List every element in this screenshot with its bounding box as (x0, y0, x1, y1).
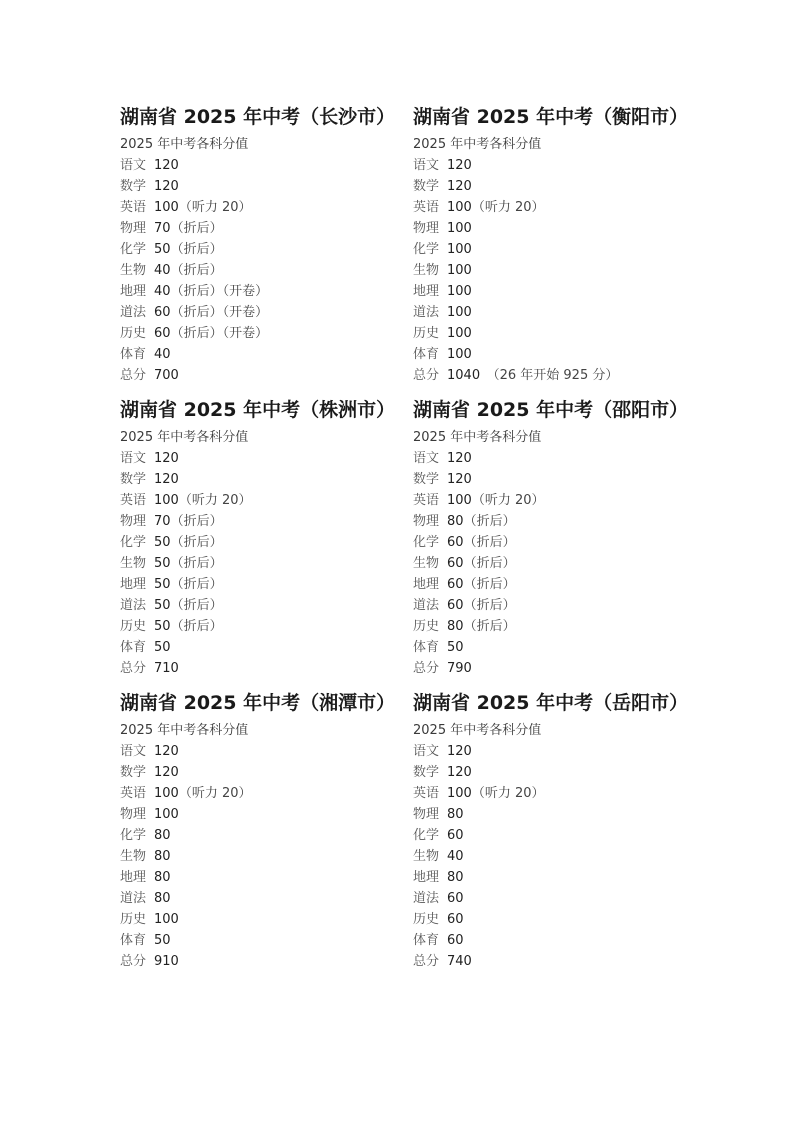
score-value: 700 (154, 368, 179, 383)
score-value: 120 (447, 472, 472, 487)
subject-label: 体育 (413, 930, 439, 951)
subject-label: 地理 (413, 574, 439, 595)
subject-label: 化学 (413, 532, 439, 553)
subject-label: 语文 (413, 741, 439, 762)
score-note: （折后） (171, 514, 223, 529)
score-value: 50 (154, 640, 171, 655)
subject-label: 数学 (413, 469, 439, 490)
score-row: 语文120 (413, 448, 703, 469)
score-value: 60 (447, 556, 464, 571)
score-row: 化学60 (413, 825, 703, 846)
section-title: 湖南省 2025 年中考（邵阳市） (413, 395, 703, 425)
subject-label: 地理 (413, 867, 439, 888)
score-value: 70 (154, 221, 171, 236)
subject-label: 数学 (120, 762, 146, 783)
section-subtitle: 2025 年中考各科分值 (120, 427, 410, 448)
score-value: 120 (154, 158, 179, 173)
score-value: 100 (154, 493, 179, 508)
score-value: 50 (154, 619, 171, 634)
subject-label: 生物 (413, 846, 439, 867)
subject-label: 地理 (413, 281, 439, 302)
subject-label: 数学 (413, 762, 439, 783)
section-title: 湖南省 2025 年中考（株洲市） (120, 395, 410, 425)
subject-label: 英语 (413, 783, 439, 804)
score-value: 80 (154, 891, 171, 906)
score-note: （折后） (171, 242, 223, 257)
score-note: （折后）（开卷） (171, 305, 269, 320)
score-row: 体育60 (413, 930, 703, 951)
section-hengyang: 湖南省 2025 年中考（衡阳市） 2025 年中考各科分值 语文120 数学1… (413, 102, 703, 386)
score-row: 数学120 (413, 176, 703, 197)
score-note: （折后） (464, 619, 516, 634)
score-row: 体育50 (120, 637, 410, 658)
score-value: 50 (154, 535, 171, 550)
section-subtitle: 2025 年中考各科分值 (413, 427, 703, 448)
score-row: 生物100 (413, 260, 703, 281)
subject-label: 英语 (120, 490, 146, 511)
score-value: 60 (447, 933, 464, 948)
score-value: 50 (447, 640, 464, 655)
score-value: 710 (154, 661, 179, 676)
score-value: 120 (154, 179, 179, 194)
total-row: 总分790 (413, 658, 703, 679)
section-title: 湖南省 2025 年中考（衡阳市） (413, 102, 703, 132)
score-note: （折后） (464, 577, 516, 592)
subject-label: 总分 (413, 951, 439, 972)
score-value: 80 (447, 870, 464, 885)
score-row: 语文120 (413, 155, 703, 176)
score-row: 生物50（折后） (120, 553, 410, 574)
subject-label: 物理 (120, 218, 146, 239)
score-row: 物理80 (413, 804, 703, 825)
subject-label: 道法 (413, 595, 439, 616)
score-value: 120 (447, 451, 472, 466)
subject-label: 道法 (413, 302, 439, 323)
subject-label: 数学 (120, 469, 146, 490)
section-xiangtan: 湖南省 2025 年中考（湘潭市） 2025 年中考各科分值 语文120 数学1… (120, 688, 410, 972)
score-note: （折后） (171, 577, 223, 592)
score-value: 80 (447, 807, 464, 822)
section-shaoyang: 湖南省 2025 年中考（邵阳市） 2025 年中考各科分值 语文120 数学1… (413, 395, 703, 679)
subject-label: 地理 (120, 574, 146, 595)
total-row: 总分1040 （26 年开始 925 分） (413, 365, 703, 386)
score-value: 40 (447, 849, 464, 864)
score-value: 100 (447, 200, 472, 215)
score-value: 120 (447, 179, 472, 194)
subject-label: 物理 (120, 804, 146, 825)
subject-label: 地理 (120, 281, 146, 302)
score-row: 生物60（折后） (413, 553, 703, 574)
score-value: 60 (447, 912, 464, 927)
score-value: 60 (447, 577, 464, 592)
score-row: 语文120 (120, 448, 410, 469)
score-value: 100 (447, 347, 472, 362)
subject-label: 语文 (413, 155, 439, 176)
subject-label: 数学 (120, 176, 146, 197)
score-value: 100 (154, 912, 179, 927)
score-row: 化学50（折后） (120, 239, 410, 260)
score-value: 100 (154, 807, 179, 822)
subject-label: 道法 (120, 302, 146, 323)
subject-label: 总分 (120, 365, 146, 386)
score-row: 地理80 (413, 867, 703, 888)
score-value: 100 (447, 786, 472, 801)
score-value: 60 (154, 305, 171, 320)
score-note: （听力 20） (179, 493, 252, 508)
subject-label: 总分 (413, 658, 439, 679)
score-value: 100 (447, 242, 472, 257)
score-row: 生物40 (413, 846, 703, 867)
score-value: 120 (447, 158, 472, 173)
score-value: 80 (154, 849, 171, 864)
score-row: 英语100（听力 20） (413, 197, 703, 218)
score-value: 790 (447, 661, 472, 676)
score-note: （听力 20） (472, 200, 545, 215)
score-row: 数学120 (413, 762, 703, 783)
subject-label: 英语 (413, 490, 439, 511)
score-row: 道法50（折后） (120, 595, 410, 616)
score-value: 60 (447, 891, 464, 906)
section-yueyang: 湖南省 2025 年中考（岳阳市） 2025 年中考各科分值 语文120 数学1… (413, 688, 703, 972)
score-value: 80 (154, 828, 171, 843)
score-value: 1040 (447, 368, 480, 383)
document-page: 湖南省 2025 年中考（长沙市） 2025 年中考各科分值 语文120 数学1… (0, 0, 800, 1124)
score-value: 120 (154, 472, 179, 487)
section-title: 湖南省 2025 年中考（岳阳市） (413, 688, 703, 718)
score-row: 历史60 (413, 909, 703, 930)
score-row: 体育100 (413, 344, 703, 365)
score-note: （折后） (171, 263, 223, 278)
score-note: （听力 20） (179, 200, 252, 215)
score-row: 道法60（折后）（开卷） (120, 302, 410, 323)
score-row: 道法100 (413, 302, 703, 323)
subject-label: 化学 (120, 239, 146, 260)
subject-label: 体育 (120, 930, 146, 951)
score-row: 历史60（折后）（开卷） (120, 323, 410, 344)
subject-label: 总分 (120, 658, 146, 679)
score-row: 地理50（折后） (120, 574, 410, 595)
subject-label: 物理 (413, 804, 439, 825)
score-value: 740 (447, 954, 472, 969)
score-row: 化学60（折后） (413, 532, 703, 553)
subject-label: 生物 (120, 260, 146, 281)
score-row: 地理60（折后） (413, 574, 703, 595)
subject-label: 英语 (413, 197, 439, 218)
subject-label: 历史 (120, 909, 146, 930)
score-note: （听力 20） (472, 786, 545, 801)
score-note: （听力 20） (179, 786, 252, 801)
score-value: 40 (154, 284, 171, 299)
score-note: （听力 20） (472, 493, 545, 508)
score-value: 120 (154, 744, 179, 759)
subject-label: 道法 (120, 888, 146, 909)
score-value: 60 (447, 828, 464, 843)
score-row: 物理100 (413, 218, 703, 239)
score-value: 50 (154, 556, 171, 571)
total-row: 总分910 (120, 951, 410, 972)
score-value: 100 (447, 326, 472, 341)
score-value: 80 (447, 619, 464, 634)
score-row: 体育50 (120, 930, 410, 951)
score-row: 化学100 (413, 239, 703, 260)
subject-label: 体育 (413, 637, 439, 658)
score-value: 50 (154, 242, 171, 257)
subject-label: 语文 (413, 448, 439, 469)
score-row: 体育50 (413, 637, 703, 658)
score-row: 历史100 (413, 323, 703, 344)
score-row: 语文120 (413, 741, 703, 762)
score-row: 生物80 (120, 846, 410, 867)
score-note: （折后） (464, 556, 516, 571)
score-value: 40 (154, 263, 171, 278)
score-row: 英语100（听力 20） (120, 783, 410, 804)
subject-label: 历史 (413, 616, 439, 637)
score-note: （折后） (171, 221, 223, 236)
subject-label: 数学 (413, 176, 439, 197)
score-note: （折后） (464, 598, 516, 613)
section-subtitle: 2025 年中考各科分值 (120, 134, 410, 155)
subject-label: 历史 (120, 616, 146, 637)
score-note: （折后） (171, 556, 223, 571)
score-row: 英语100（听力 20） (413, 490, 703, 511)
score-row: 体育40 (120, 344, 410, 365)
subject-label: 化学 (413, 239, 439, 260)
score-value: 50 (154, 933, 171, 948)
subject-label: 物理 (413, 218, 439, 239)
score-value: 120 (154, 765, 179, 780)
score-value: 100 (447, 284, 472, 299)
score-value: 100 (447, 305, 472, 320)
score-value: 60 (154, 326, 171, 341)
score-row: 地理100 (413, 281, 703, 302)
subject-label: 英语 (120, 197, 146, 218)
score-row: 数学120 (413, 469, 703, 490)
score-value: 120 (447, 765, 472, 780)
subject-label: 语文 (120, 448, 146, 469)
score-row: 地理80 (120, 867, 410, 888)
score-value: 50 (154, 577, 171, 592)
subject-label: 历史 (120, 323, 146, 344)
total-row: 总分700 (120, 365, 410, 386)
score-note: （折后） (171, 619, 223, 634)
score-value: 40 (154, 347, 171, 362)
score-note: （折后）（开卷） (171, 284, 269, 299)
total-row: 总分710 (120, 658, 410, 679)
subject-label: 生物 (413, 260, 439, 281)
score-row: 生物40（折后） (120, 260, 410, 281)
section-subtitle: 2025 年中考各科分值 (413, 720, 703, 741)
score-row: 历史80（折后） (413, 616, 703, 637)
score-value: 910 (154, 954, 179, 969)
subject-label: 物理 (413, 511, 439, 532)
score-row: 物理80（折后） (413, 511, 703, 532)
score-row: 数学120 (120, 176, 410, 197)
section-zhuzhou: 湖南省 2025 年中考（株洲市） 2025 年中考各科分值 语文120 数学1… (120, 395, 410, 679)
score-value: 100 (447, 263, 472, 278)
score-row: 道法80 (120, 888, 410, 909)
score-value: 50 (154, 598, 171, 613)
score-row: 数学120 (120, 469, 410, 490)
score-note: （26 年开始 925 分） (480, 368, 618, 383)
score-row: 物理70（折后） (120, 218, 410, 239)
score-value: 70 (154, 514, 171, 529)
score-note: （折后） (171, 598, 223, 613)
score-row: 物理70（折后） (120, 511, 410, 532)
score-note: （折后）（开卷） (171, 326, 269, 341)
score-note: （折后） (464, 535, 516, 550)
score-value: 80 (154, 870, 171, 885)
score-row: 英语100（听力 20） (120, 197, 410, 218)
score-row: 英语100（听力 20） (413, 783, 703, 804)
subject-label: 道法 (413, 888, 439, 909)
subject-label: 化学 (413, 825, 439, 846)
score-row: 语文120 (120, 741, 410, 762)
subject-label: 语文 (120, 741, 146, 762)
subject-label: 语文 (120, 155, 146, 176)
subject-label: 英语 (120, 783, 146, 804)
subject-label: 历史 (413, 323, 439, 344)
section-subtitle: 2025 年中考各科分值 (120, 720, 410, 741)
score-row: 语文120 (120, 155, 410, 176)
score-value: 100 (447, 493, 472, 508)
score-row: 化学50（折后） (120, 532, 410, 553)
score-value: 100 (447, 221, 472, 236)
section-changsha: 湖南省 2025 年中考（长沙市） 2025 年中考各科分值 语文120 数学1… (120, 102, 410, 386)
subject-label: 生物 (120, 553, 146, 574)
subject-label: 地理 (120, 867, 146, 888)
subject-label: 物理 (120, 511, 146, 532)
subject-label: 体育 (413, 344, 439, 365)
score-row: 道法60 (413, 888, 703, 909)
subject-label: 历史 (413, 909, 439, 930)
section-title: 湖南省 2025 年中考（湘潭市） (120, 688, 410, 718)
score-value: 120 (154, 451, 179, 466)
subject-label: 体育 (120, 637, 146, 658)
score-value: 60 (447, 598, 464, 613)
score-row: 历史50（折后） (120, 616, 410, 637)
subject-label: 体育 (120, 344, 146, 365)
subject-label: 总分 (120, 951, 146, 972)
score-value: 80 (447, 514, 464, 529)
score-note: （折后） (464, 514, 516, 529)
score-row: 英语100（听力 20） (120, 490, 410, 511)
total-row: 总分740 (413, 951, 703, 972)
score-row: 地理40（折后）（开卷） (120, 281, 410, 302)
score-row: 道法60（折后） (413, 595, 703, 616)
subject-label: 总分 (413, 365, 439, 386)
score-row: 物理100 (120, 804, 410, 825)
score-value: 100 (154, 200, 179, 215)
subject-label: 生物 (413, 553, 439, 574)
score-value: 120 (447, 744, 472, 759)
score-row: 数学120 (120, 762, 410, 783)
subject-label: 化学 (120, 532, 146, 553)
subject-label: 化学 (120, 825, 146, 846)
score-note: （折后） (171, 535, 223, 550)
score-value: 60 (447, 535, 464, 550)
score-row: 历史100 (120, 909, 410, 930)
subject-label: 道法 (120, 595, 146, 616)
score-value: 100 (154, 786, 179, 801)
section-title: 湖南省 2025 年中考（长沙市） (120, 102, 410, 132)
section-subtitle: 2025 年中考各科分值 (413, 134, 703, 155)
subject-label: 生物 (120, 846, 146, 867)
score-row: 化学80 (120, 825, 410, 846)
